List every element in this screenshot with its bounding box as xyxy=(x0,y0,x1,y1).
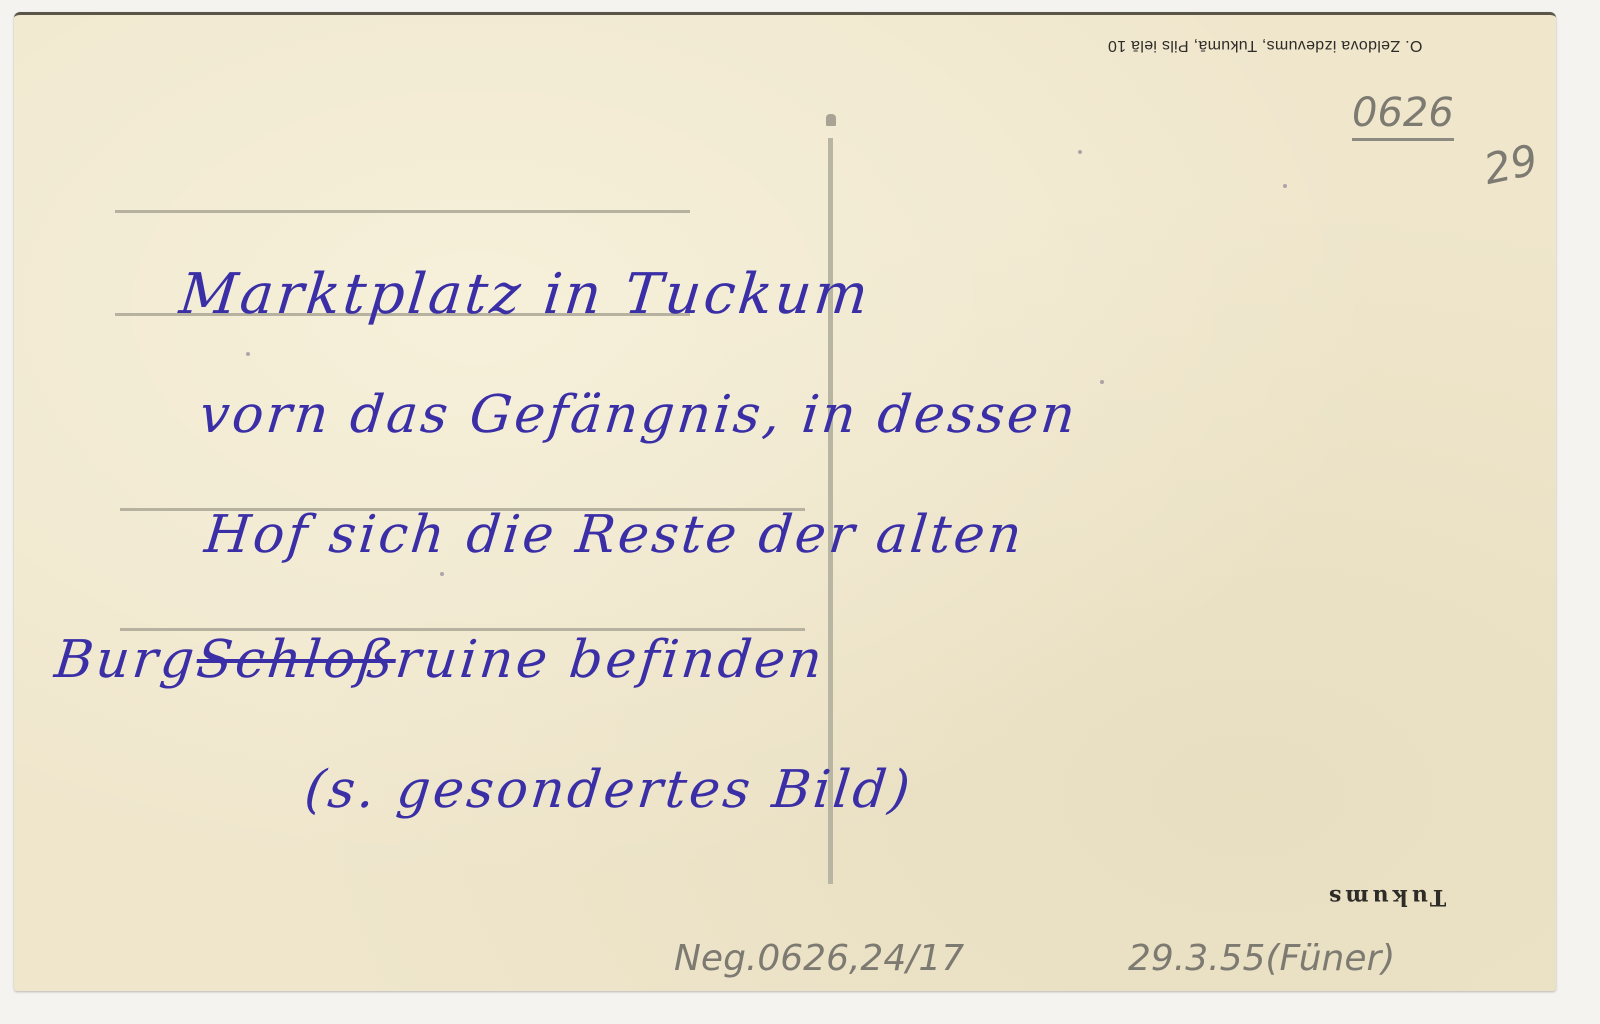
negative-note: Neg.0626,24/17 xyxy=(674,938,964,979)
ink-speck xyxy=(246,352,250,356)
divider-cap xyxy=(826,114,836,126)
message-line-2: vorn das Gefängnis, in dessen xyxy=(197,385,1081,445)
message-line-3: Hof sich die Reste der alten xyxy=(202,505,1027,565)
message-line-5: (s. gesondertes Bild) xyxy=(302,760,916,820)
ink-speck xyxy=(1078,150,1082,154)
postcard-back xyxy=(14,12,1556,991)
address-rule-1 xyxy=(115,210,690,213)
message-line-4: BurgSchloßruine befinden xyxy=(52,630,828,690)
archive-number: 0626 xyxy=(1352,90,1454,141)
line-4-prefix: Burg xyxy=(52,630,200,690)
struck-out-word: Schloß xyxy=(194,630,399,690)
line-4-suffix: ruine befinden xyxy=(393,630,828,690)
message-line-1: Marktplatz in Tuckum xyxy=(177,262,874,327)
place-caption: Tukums xyxy=(1325,884,1446,910)
ink-speck xyxy=(1100,380,1104,384)
publisher-imprint: O. Zeldova izdevums, Tukumā, Pils ielā 1… xyxy=(1030,36,1500,54)
ink-speck xyxy=(440,572,444,576)
date-note: 29.3.55(Füner) xyxy=(1128,938,1395,979)
ink-speck xyxy=(1283,184,1287,188)
